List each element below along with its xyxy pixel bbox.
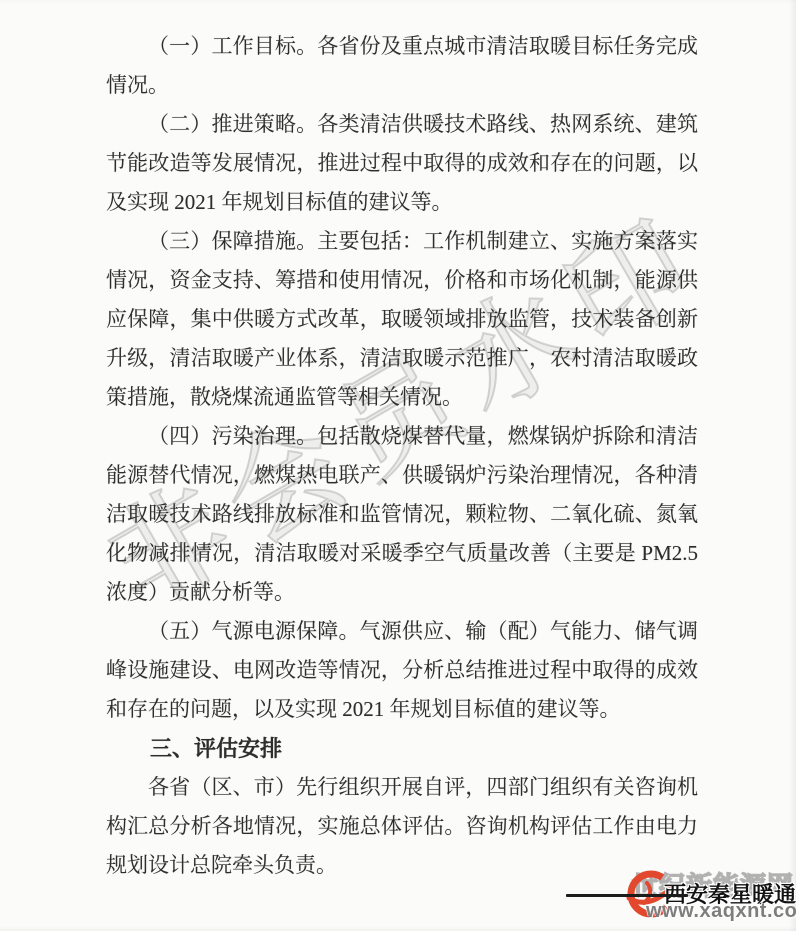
paragraph: （一）工作目标。各省份及重点城市清洁取暖目标任务完成情况。 xyxy=(106,27,698,105)
brand-website-text: www.xaqxnt.com xyxy=(646,900,796,923)
document-body: （一）工作目标。各省份及重点城市清洁取暖目标任务完成情况。（二）推进策略。各类清… xyxy=(106,27,698,885)
paragraph: （五）气源电源保障。气源供应、输（配）气能力、储气调峰设施建设、电网改造等情况，… xyxy=(106,612,698,729)
site-logo-stamp: 世纪新能源网 西安秦星暖通 www.xaqxnt.com xyxy=(582,853,794,925)
section-heading: 三、评估安排 xyxy=(106,729,698,768)
page-number-rule xyxy=(566,894,688,897)
paragraph: （二）推进策略。各类清洁供暖技术路线、热网系统、建筑节能改造等发展情况，推进过程… xyxy=(106,105,698,222)
paragraph: （四）污染治理。包括散烧煤替代量，燃煤锅炉拆除和清洁能源替代情况，燃煤热电联产、… xyxy=(106,417,698,612)
scanned-document-page: 非会员水印 （一）工作目标。各省份及重点城市清洁取暖目标任务完成情况。（二）推进… xyxy=(0,0,796,931)
paragraph: （三）保障措施。主要包括：工作机制建立、实施方案落实情况，资金支持、筹措和使用情… xyxy=(106,222,698,417)
